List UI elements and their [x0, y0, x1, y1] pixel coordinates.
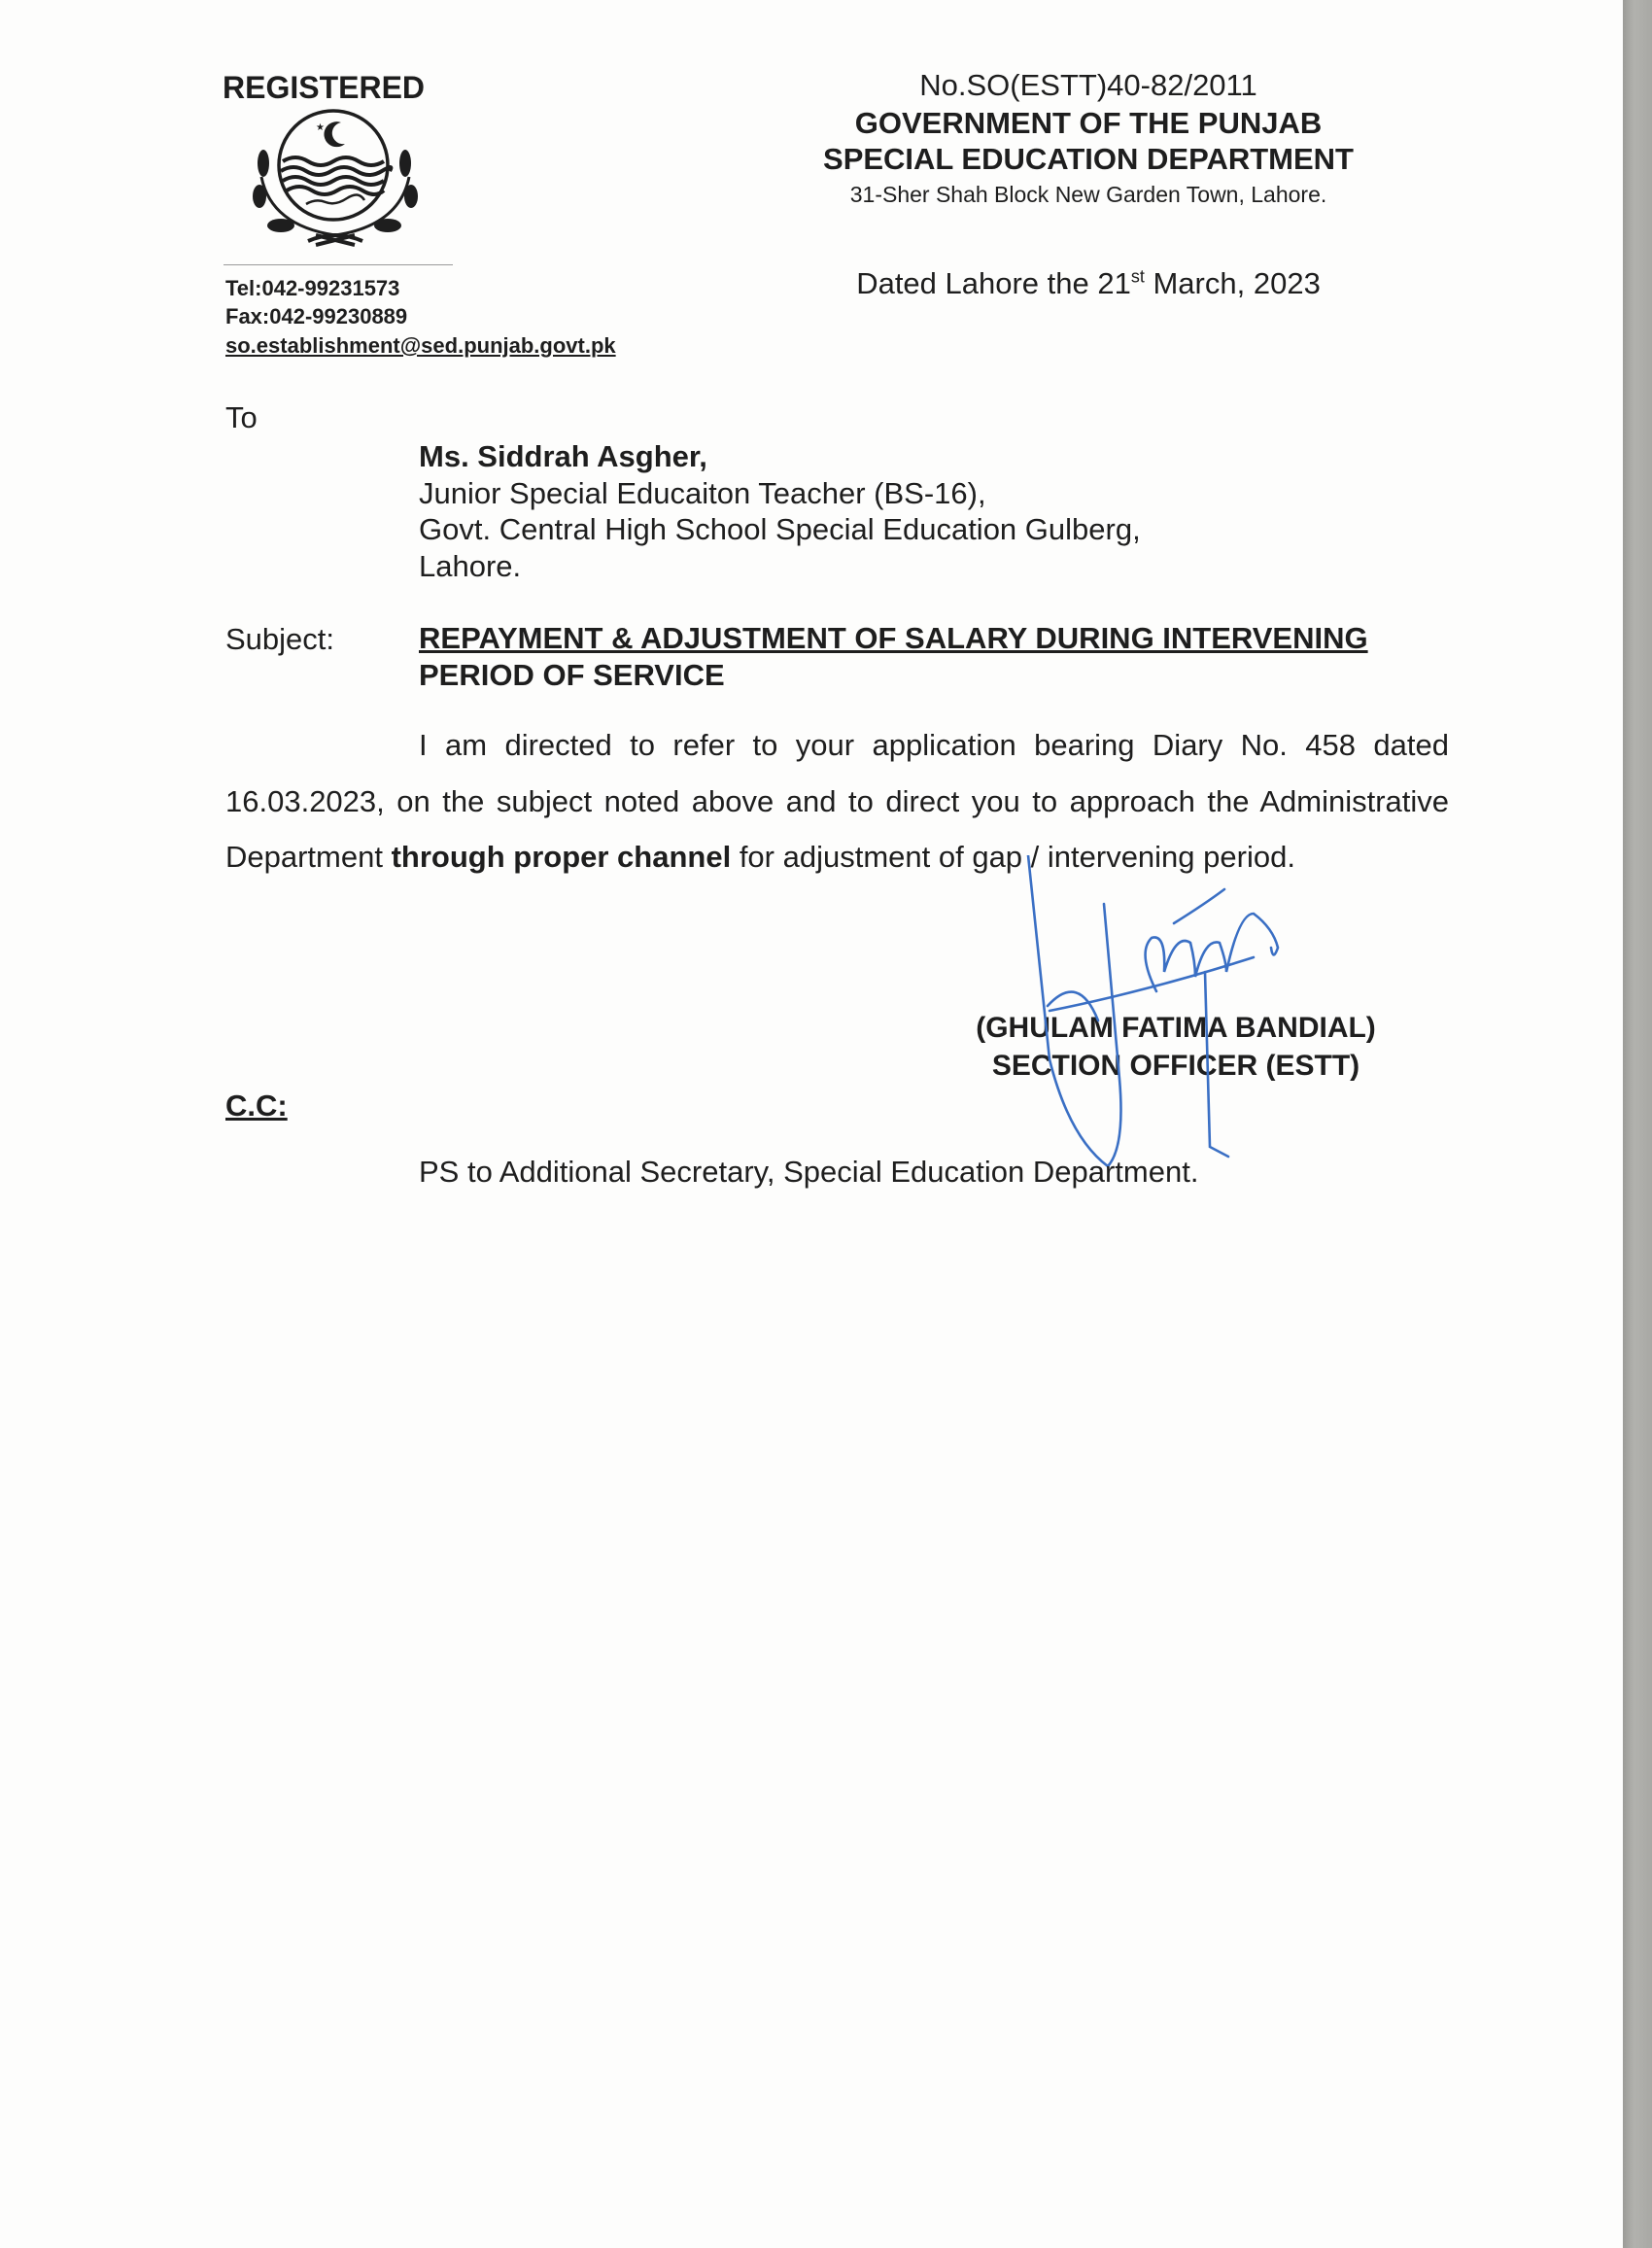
- date-month-year: March, 2023: [1145, 266, 1321, 300]
- department-name: SPECIAL EDUCATION DEPARTMENT: [758, 142, 1419, 177]
- svg-text:★: ★: [316, 122, 325, 133]
- body-text-2: for adjustment of gap / intervening peri…: [731, 840, 1295, 874]
- recipient-address: Ms. Siddrah Asgher, Junior Special Educa…: [419, 438, 1141, 584]
- government-name: GOVERNMENT OF THE PUNJAB: [758, 106, 1419, 141]
- cc-item: PS to Additional Secretary, Special Educ…: [419, 1155, 1198, 1190]
- recipient-city: Lahore.: [419, 548, 1141, 585]
- subject-line-1: REPAYMENT & ADJUSTMENT OF SALARY DURING …: [419, 620, 1368, 657]
- signatory-name: (GHULAM FATIMA BANDIAL): [933, 1009, 1419, 1047]
- subject-title: REPAYMENT & ADJUSTMENT OF SALARY DURING …: [419, 620, 1368, 694]
- department-address: 31-Sher Shah Block New Garden Town, Laho…: [758, 182, 1419, 208]
- letterhead-divider: [224, 264, 453, 265]
- date-ordinal: st: [1131, 267, 1145, 287]
- body-emphasis: through proper channel: [392, 840, 732, 874]
- subject-line-2: PERIOD OF SERVICE: [419, 657, 725, 694]
- punjab-emblem-icon: ★: [248, 109, 428, 255]
- signatory-title: SECTION OFFICER (ESTT): [933, 1047, 1419, 1085]
- to-label: To: [225, 400, 258, 435]
- reference-number: No.SO(ESTT)40-82/2011: [758, 68, 1419, 103]
- fax-number: Fax:042-99230889: [225, 304, 407, 329]
- subject-label: Subject:: [225, 622, 334, 657]
- telephone-number: Tel:042-99231573: [225, 276, 399, 301]
- email-link[interactable]: so.establishment@sed.punjab.govt.pk: [225, 333, 616, 359]
- signatory-block: (GHULAM FATIMA BANDIAL) SECTION OFFICER …: [933, 1009, 1419, 1085]
- scan-edge-shadow: [1623, 0, 1652, 2248]
- registered-label: REGISTERED: [223, 70, 425, 106]
- cc-label: C.C:: [225, 1089, 288, 1124]
- recipient-school: Govt. Central High School Special Educat…: [419, 511, 1141, 548]
- recipient-name: Ms. Siddrah Asgher,: [419, 438, 1141, 475]
- letter-body: I am directed to refer to your applicati…: [225, 717, 1449, 885]
- letter-date: Dated Lahore the 21st March, 2023: [758, 266, 1419, 301]
- date-text: Dated Lahore the 21: [856, 266, 1131, 300]
- recipient-designation: Junior Special Educaiton Teacher (BS-16)…: [419, 475, 1141, 512]
